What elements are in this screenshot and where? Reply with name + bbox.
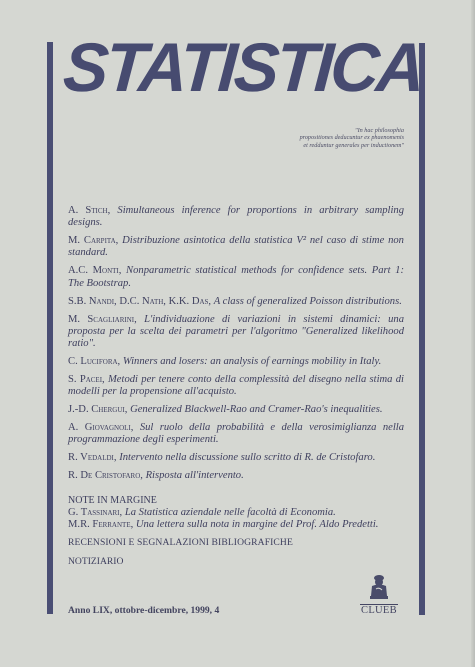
article-entry: R. De Cristofaro, Risposta all'intervent… — [68, 470, 404, 482]
article-entry: S.B. Nandi, D.C. Nath, K.K. Das, A class… — [68, 296, 404, 308]
article-title: Distribuzione asintotica della statistic… — [68, 235, 404, 258]
article-author: J.-D. Chergui, — [68, 404, 127, 415]
article-author: M. Carpita, — [68, 235, 118, 246]
table-of-contents: A. Stich, Simultaneous inference for pro… — [68, 205, 404, 569]
left-decorative-bar — [47, 42, 53, 614]
article-author: M. Scagliarini, — [68, 314, 137, 325]
journal-title: STATISTICA — [61, 33, 404, 102]
note-author: G. Tassinari, — [68, 507, 122, 518]
note-entry: M.R. Ferrante, Una lettera sulla nota in… — [68, 519, 404, 531]
article-entry: R. Vedaldi, Intervento nella discussione… — [68, 452, 404, 464]
article-entry: S. Pacei, Metodi per tenere conto della … — [68, 374, 404, 398]
motto-line: "In hac philosophia — [270, 127, 404, 134]
article-title: Metodi per tenere conto della complessit… — [68, 374, 404, 397]
article-entry: C. Lucifora, Winners and losers: an anal… — [68, 356, 404, 368]
article-entry: A. Giovagnoli, Sul ruolo della probabili… — [68, 422, 404, 446]
article-author: R. Vedaldi, — [68, 452, 117, 463]
article-entry: A.C. Monti, Nonparametric statistical me… — [68, 265, 404, 289]
article-entry: M. Scagliarini, L'individuazione di vari… — [68, 314, 404, 351]
article-title: A class of generalized Poisson distribut… — [214, 296, 402, 307]
article-title: Intervento nella discussione sullo scrit… — [119, 452, 375, 463]
article-title: Winners and losers: an analysis of earni… — [123, 356, 381, 367]
article-author: A. Stich, — [68, 205, 110, 216]
issue-info: Anno LIX, ottobre-dicembre, 1999, 4 — [68, 605, 219, 616]
motto-line: et redduntur generales per inductionem" — [270, 142, 404, 149]
publisher-logo: CLUEB — [360, 574, 398, 614]
article-author: A.C. Monti, — [68, 265, 121, 276]
note-author: M.R. Ferrante, — [68, 519, 133, 530]
scholar-figure-icon — [367, 574, 391, 600]
note-title: Una lettera sulla nota in margine del Pr… — [136, 519, 379, 530]
reviews-section-heading: RECENSIONI E SEGNALAZIONI BIBLIOGRAFICHE — [68, 537, 404, 549]
article-author: S.B. Nandi, D.C. Nath, K.K. Das, — [68, 296, 211, 307]
article-author: C. Lucifora, — [68, 356, 120, 367]
article-title: Generalized Blackwell-Rao and Cramer-Rao… — [130, 404, 382, 415]
article-entry: J.-D. Chergui, Generalized Blackwell-Rao… — [68, 404, 404, 416]
news-section-heading: NOTIZIARIO — [68, 556, 404, 568]
note-entry: G. Tassinari, La Statistica aziendale ne… — [68, 507, 404, 519]
article-author: A. Giovagnoli, — [68, 422, 133, 433]
article-entry: A. Stich, Simultaneous inference for pro… — [68, 205, 404, 229]
notes-section: NOTE IN MARGINE G. Tassinari, La Statist… — [68, 495, 404, 532]
cover-edge — [471, 0, 475, 667]
note-title: La Statistica aziendale nelle facoltà di… — [125, 507, 336, 518]
motto-line: propositiones deducuntur ex phaenomenis — [270, 134, 404, 141]
notes-heading: NOTE IN MARGINE — [68, 495, 404, 507]
article-author: R. De Cristofaro, — [68, 470, 143, 481]
article-author: S. Pacei, — [68, 374, 105, 385]
publisher-name: CLUEB — [360, 604, 398, 616]
right-decorative-bar — [419, 43, 425, 615]
article-entry: M. Carpita, Distribuzione asintotica del… — [68, 235, 404, 259]
article-title: Risposta all'intervento. — [146, 470, 244, 481]
journal-motto: "In hac philosophia propositiones deducu… — [270, 127, 404, 149]
article-title: Simultaneous inference for proportions i… — [68, 205, 404, 228]
